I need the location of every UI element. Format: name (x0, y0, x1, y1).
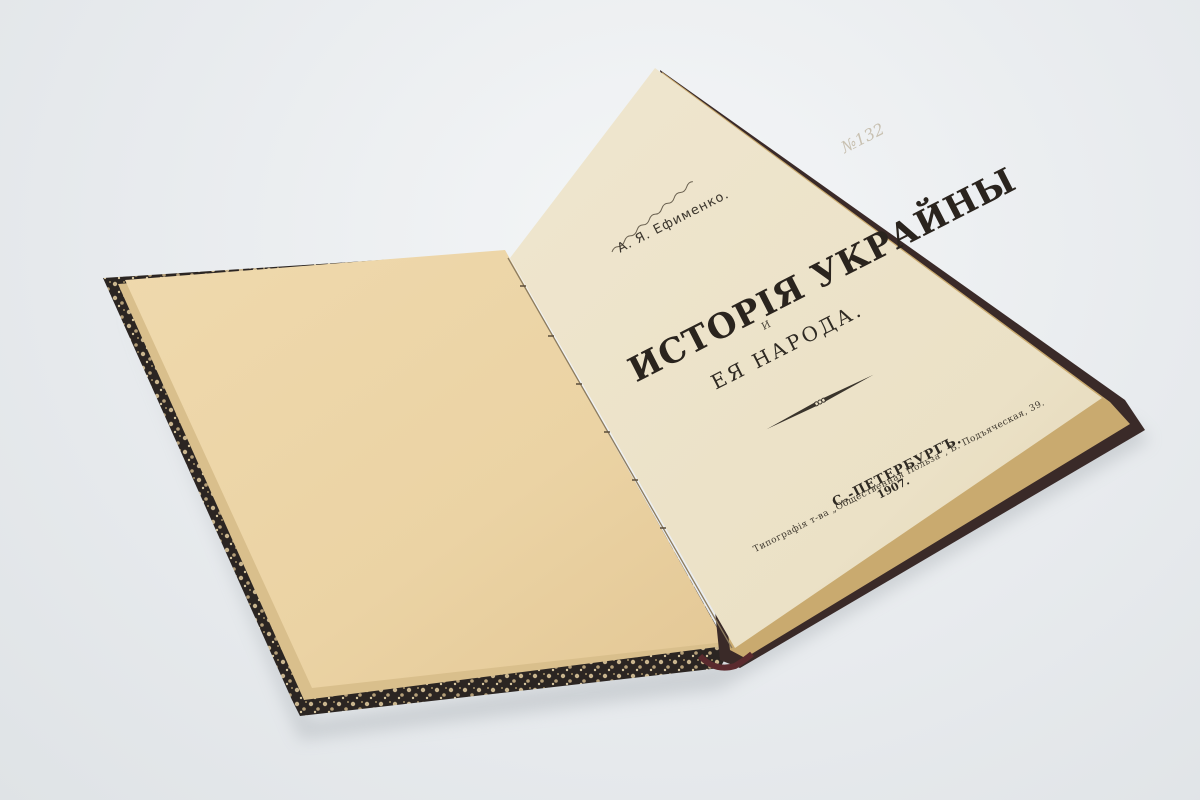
book-photo: №132 А. Я. Ефименко. ИСТОРІЯ УКРАЙНЫ И Е… (0, 0, 1200, 800)
open-book (0, 0, 1200, 800)
